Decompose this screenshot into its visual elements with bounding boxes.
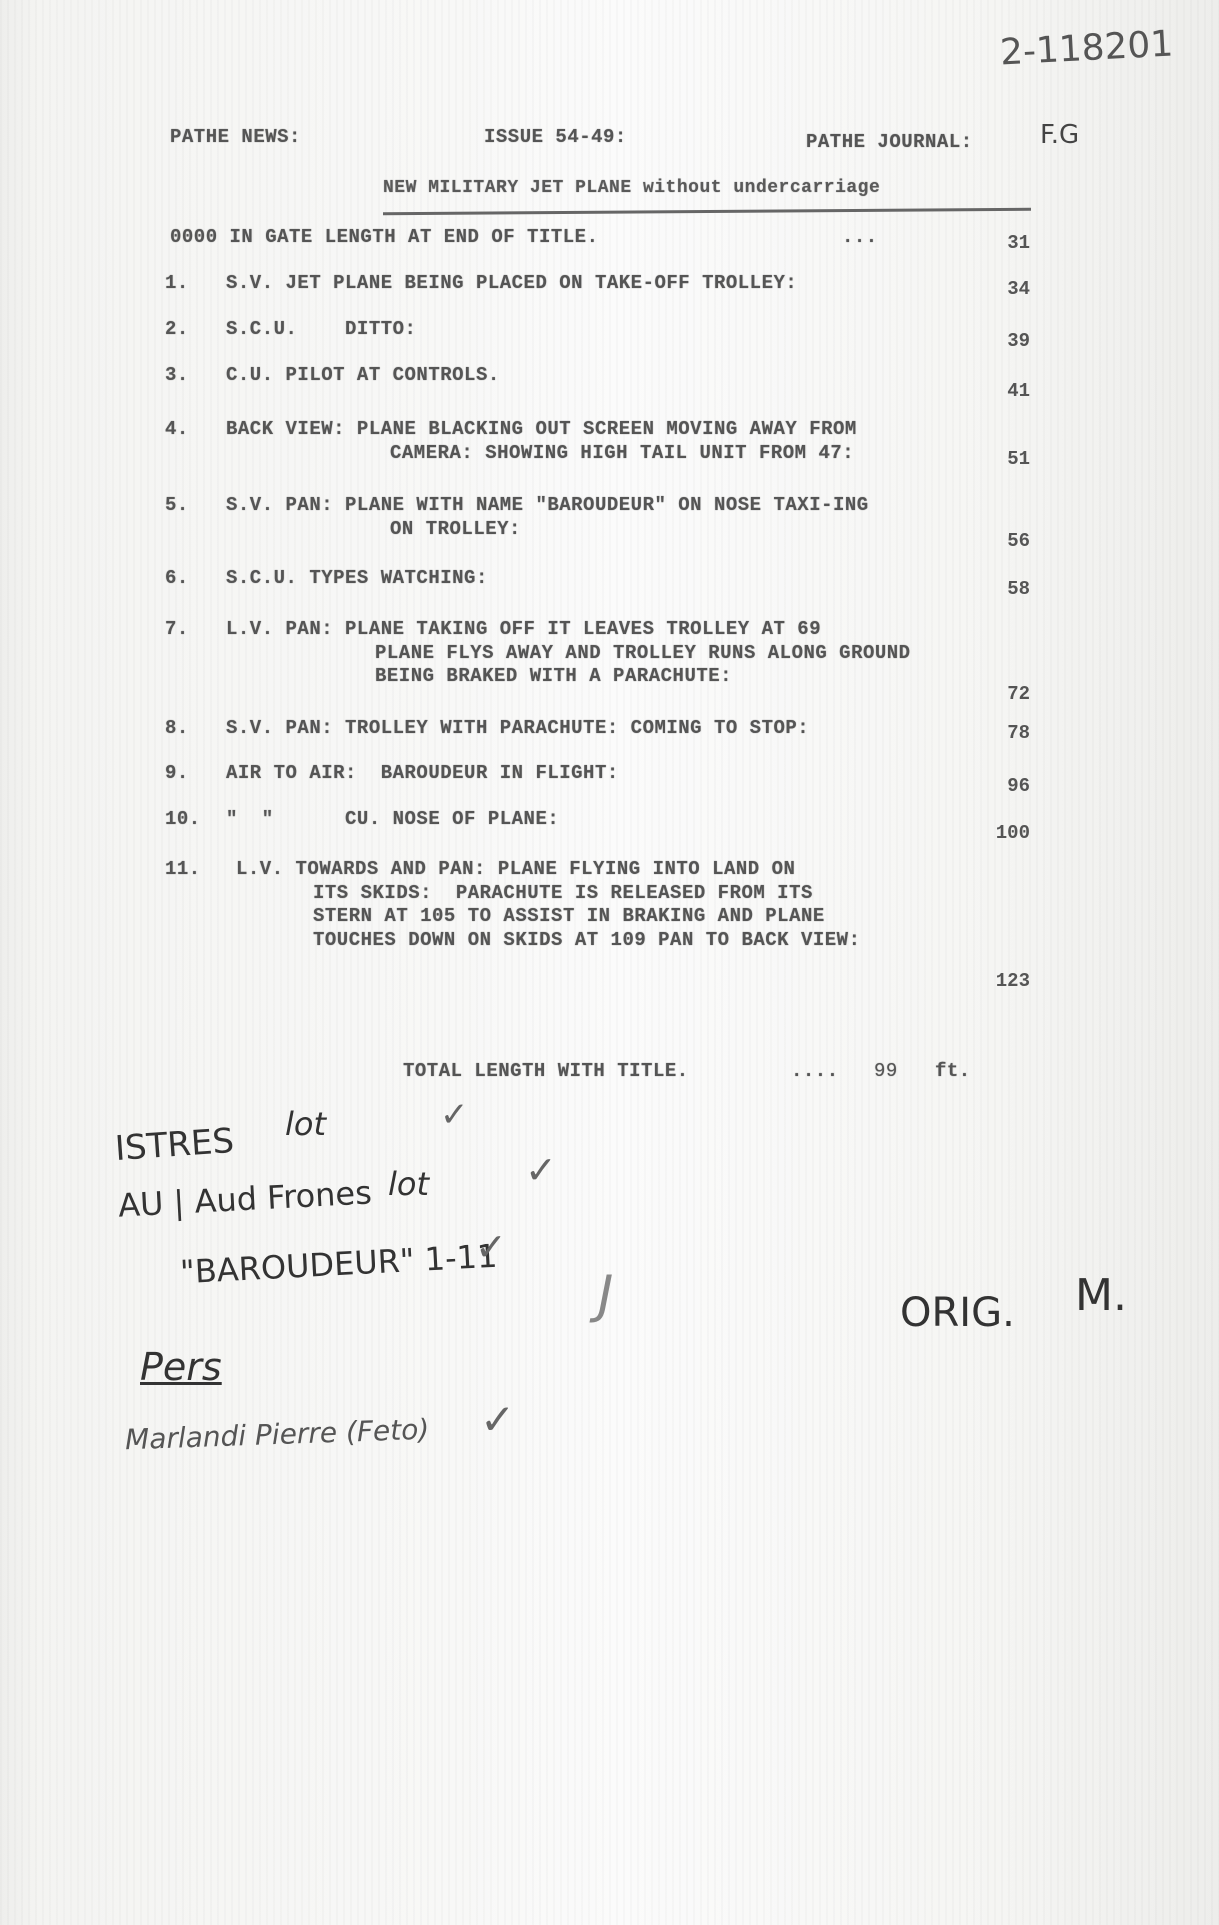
note-pers-label: Pers — [140, 1345, 222, 1389]
total-label: TOTAL LENGTH WITH TITLE. — [403, 1060, 689, 1082]
shot-footage: 72 — [970, 683, 1030, 705]
note-istres: ISTRES — [114, 1121, 236, 1169]
check-mark-2: ✓ — [525, 1148, 557, 1192]
shot-footage: 34 — [970, 278, 1030, 300]
shot-description-line: ITS SKIDS: PARACHUTE IS RELEASED FROM IT… — [313, 882, 813, 904]
note-au-frones: AU | Aud Frones — [117, 1173, 372, 1224]
total-dots: .... — [791, 1060, 839, 1082]
shot-number: 1. — [165, 272, 189, 294]
shot-description-line: " " CU. NOSE OF PLANE: — [226, 808, 559, 830]
shot-number: 10. — [165, 808, 201, 830]
shot-footage: 39 — [970, 330, 1030, 352]
shot-number: 3. — [165, 364, 189, 386]
shot-description-line: BACK VIEW: PLANE BLACKING OUT SCREEN MOV… — [226, 418, 857, 440]
shot-description-line: S.V. PAN: PLANE WITH NAME "BAROUDEUR" ON… — [226, 494, 869, 516]
shot-number: 11. — [165, 858, 201, 880]
shot-number: 8. — [165, 717, 189, 739]
shot-description-line: STERN AT 105 TO ASSIST IN BRAKING AND PL… — [313, 905, 825, 927]
shot-number: 4. — [165, 418, 189, 440]
shot-description-line: ON TROLLEY: — [390, 518, 521, 540]
note-initial: J — [598, 1265, 613, 1325]
shot-description-line: AIR TO AIR: BAROUDEUR IN FLIGHT: — [226, 762, 619, 784]
total-value: 99 — [874, 1060, 898, 1082]
check-mark-4: ✓ — [480, 1395, 515, 1444]
shot-description-line: C.U. PILOT AT CONTROLS. — [226, 364, 500, 386]
header-pathe-news: PATHE NEWS: — [170, 126, 301, 148]
shot-number: 9. — [165, 762, 189, 784]
shot-description-line: TOUCHES DOWN ON SKIDS AT 109 PAN TO BACK… — [313, 929, 861, 951]
note-baroudeur: "BAROUDEUR" 1-11 — [179, 1237, 498, 1292]
shot-footage: 123 — [970, 970, 1030, 992]
intro-line: 0000 IN GATE LENGTH AT END OF TITLE. — [170, 226, 598, 248]
note-pers-name: Marlandi Pierre (Feto) — [125, 1413, 430, 1457]
shot-footage: 58 — [970, 578, 1030, 600]
note-orig-mark: M. — [1075, 1270, 1127, 1321]
intro-footage: 31 — [970, 232, 1030, 254]
shot-description-line: L.V. PAN: PLANE TAKING OFF IT LEAVES TRO… — [226, 618, 821, 640]
shot-number: 7. — [165, 618, 189, 640]
note-istres-mark: lot — [285, 1105, 326, 1143]
check-mark-1: ✓ — [440, 1095, 469, 1135]
header-issue: ISSUE 54-49: — [484, 126, 627, 148]
shot-footage: 56 — [970, 530, 1030, 552]
shot-description-line: CAMERA: SHOWING HIGH TAIL UNIT FROM 47: — [390, 442, 854, 464]
shot-footage: 100 — [970, 822, 1030, 844]
note-au-frones-mark: lot — [388, 1165, 429, 1203]
shot-number: 6. — [165, 567, 189, 589]
shot-footage: 51 — [970, 448, 1030, 470]
reference-number: 2-118201 — [999, 23, 1174, 73]
shot-description-line: S.V. PAN: TROLLEY WITH PARACHUTE: COMING… — [226, 717, 809, 739]
shot-description-line: S.C.U. TYPES WATCHING: — [226, 567, 488, 589]
header-pathe-journal: PATHE JOURNAL: — [806, 131, 973, 153]
shot-description-line: L.V. TOWARDS AND PAN: PLANE FLYING INTO … — [236, 858, 795, 880]
shot-number: 5. — [165, 494, 189, 516]
total-unit: ft. — [935, 1060, 971, 1082]
check-mark-3: ✓ — [475, 1225, 507, 1269]
shot-description-line: BEING BRAKED WITH A PARACHUTE: — [375, 665, 732, 687]
note-orig: ORIG. — [900, 1290, 1015, 1336]
story-title: NEW MILITARY JET PLANE without undercarr… — [383, 178, 880, 198]
intro-dots: ... — [842, 226, 878, 248]
handwritten-code: F.G — [1040, 120, 1079, 150]
shot-description-line: S.C.U. DITTO: — [226, 318, 416, 340]
shot-footage: 41 — [970, 380, 1030, 402]
shot-footage: 78 — [970, 722, 1030, 744]
shot-footage: 96 — [970, 775, 1030, 797]
shot-number: 2. — [165, 318, 189, 340]
shot-description-line: PLANE FLYS AWAY AND TROLLEY RUNS ALONG G… — [375, 642, 911, 664]
shot-description-line: S.V. JET PLANE BEING PLACED ON TAKE-OFF … — [226, 272, 797, 294]
title-underline — [383, 208, 1031, 216]
